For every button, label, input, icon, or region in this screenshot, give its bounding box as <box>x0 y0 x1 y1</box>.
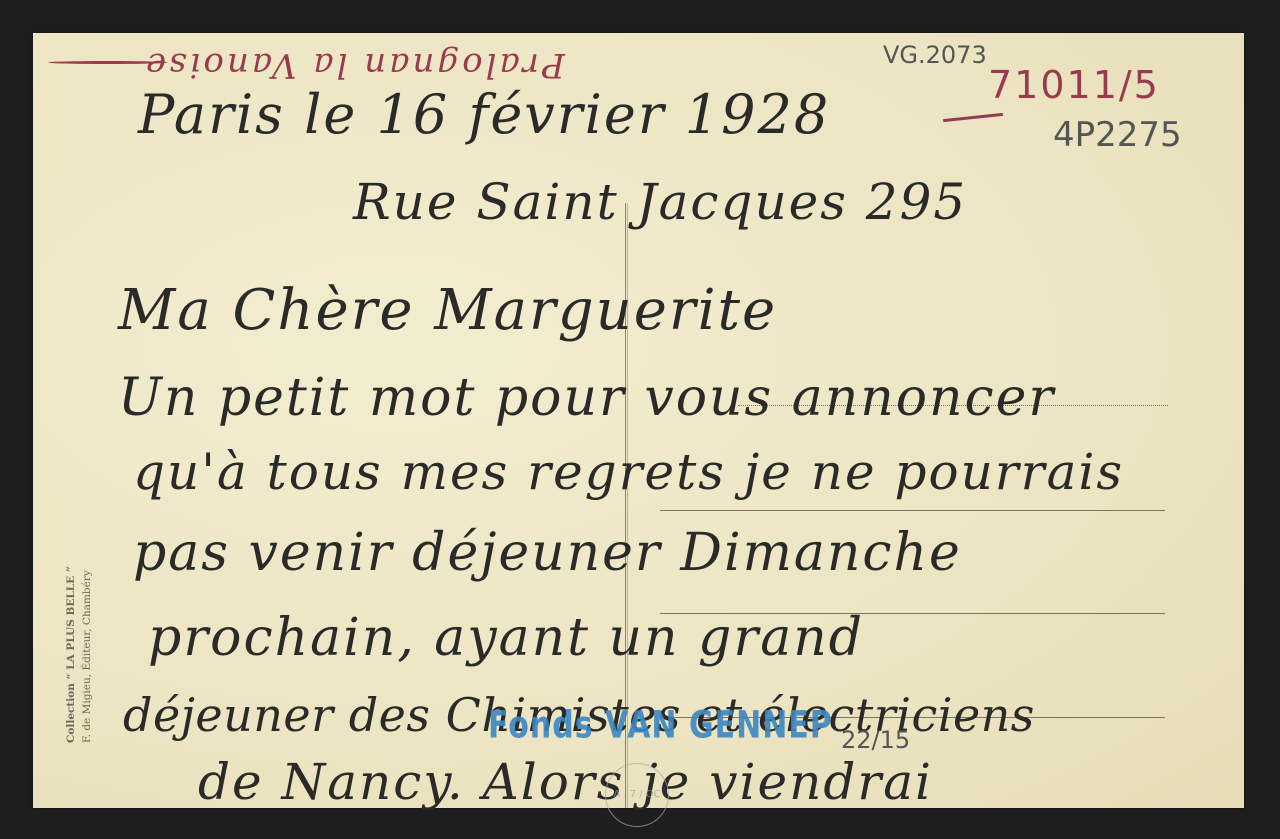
letter-line-3: pas venir déjeuner Dimanche <box>133 523 962 583</box>
red-upside-down-note: Pralognan la Vanoise <box>143 45 565 85</box>
letter-line-1: Un petit mot pour vous annoncer <box>118 368 1055 428</box>
red-dash-stroke <box>943 113 1003 122</box>
pencil-ref-22-15: 22/15 <box>841 726 910 754</box>
letter-line-2: qu'à tous mes regrets je ne pourrais <box>133 443 1124 501</box>
letter-salutation: Ma Chère Marguerite <box>118 278 777 343</box>
publisher-imprint: Collection “ LA PLUS BELLE ” F. de Migie… <box>63 566 95 743</box>
publisher-line-2: F. de Migieu, Éditeur, Chambéry <box>79 566 95 743</box>
letter-line-4: prochain, ayant un grand <box>148 608 864 668</box>
red-archive-code: 71011/5 <box>988 63 1160 107</box>
letter-line-6: de Nancy. Alors je viendrai <box>198 753 933 811</box>
address-line-2 <box>660 510 1165 511</box>
publisher-line-1: Collection “ LA PLUS BELLE ” <box>63 566 79 743</box>
pencil-ref-4p: 4P2275 <box>1053 115 1182 155</box>
postcard: Collection “ LA PLUS BELLE ” F. de Migie… <box>33 33 1244 808</box>
fonds-van-gennep-stamp: Fonds VAN GENNEP <box>488 704 833 748</box>
letter-address-line: Rue Saint Jacques 295 <box>353 173 967 231</box>
red-underline-stroke <box>48 61 168 64</box>
postmark-circle: A . 7 / OC <box>605 763 669 827</box>
letter-date-line: Paris le 16 février 1928 <box>138 83 830 146</box>
pencil-ref-vg: VG.2073 <box>883 41 987 69</box>
